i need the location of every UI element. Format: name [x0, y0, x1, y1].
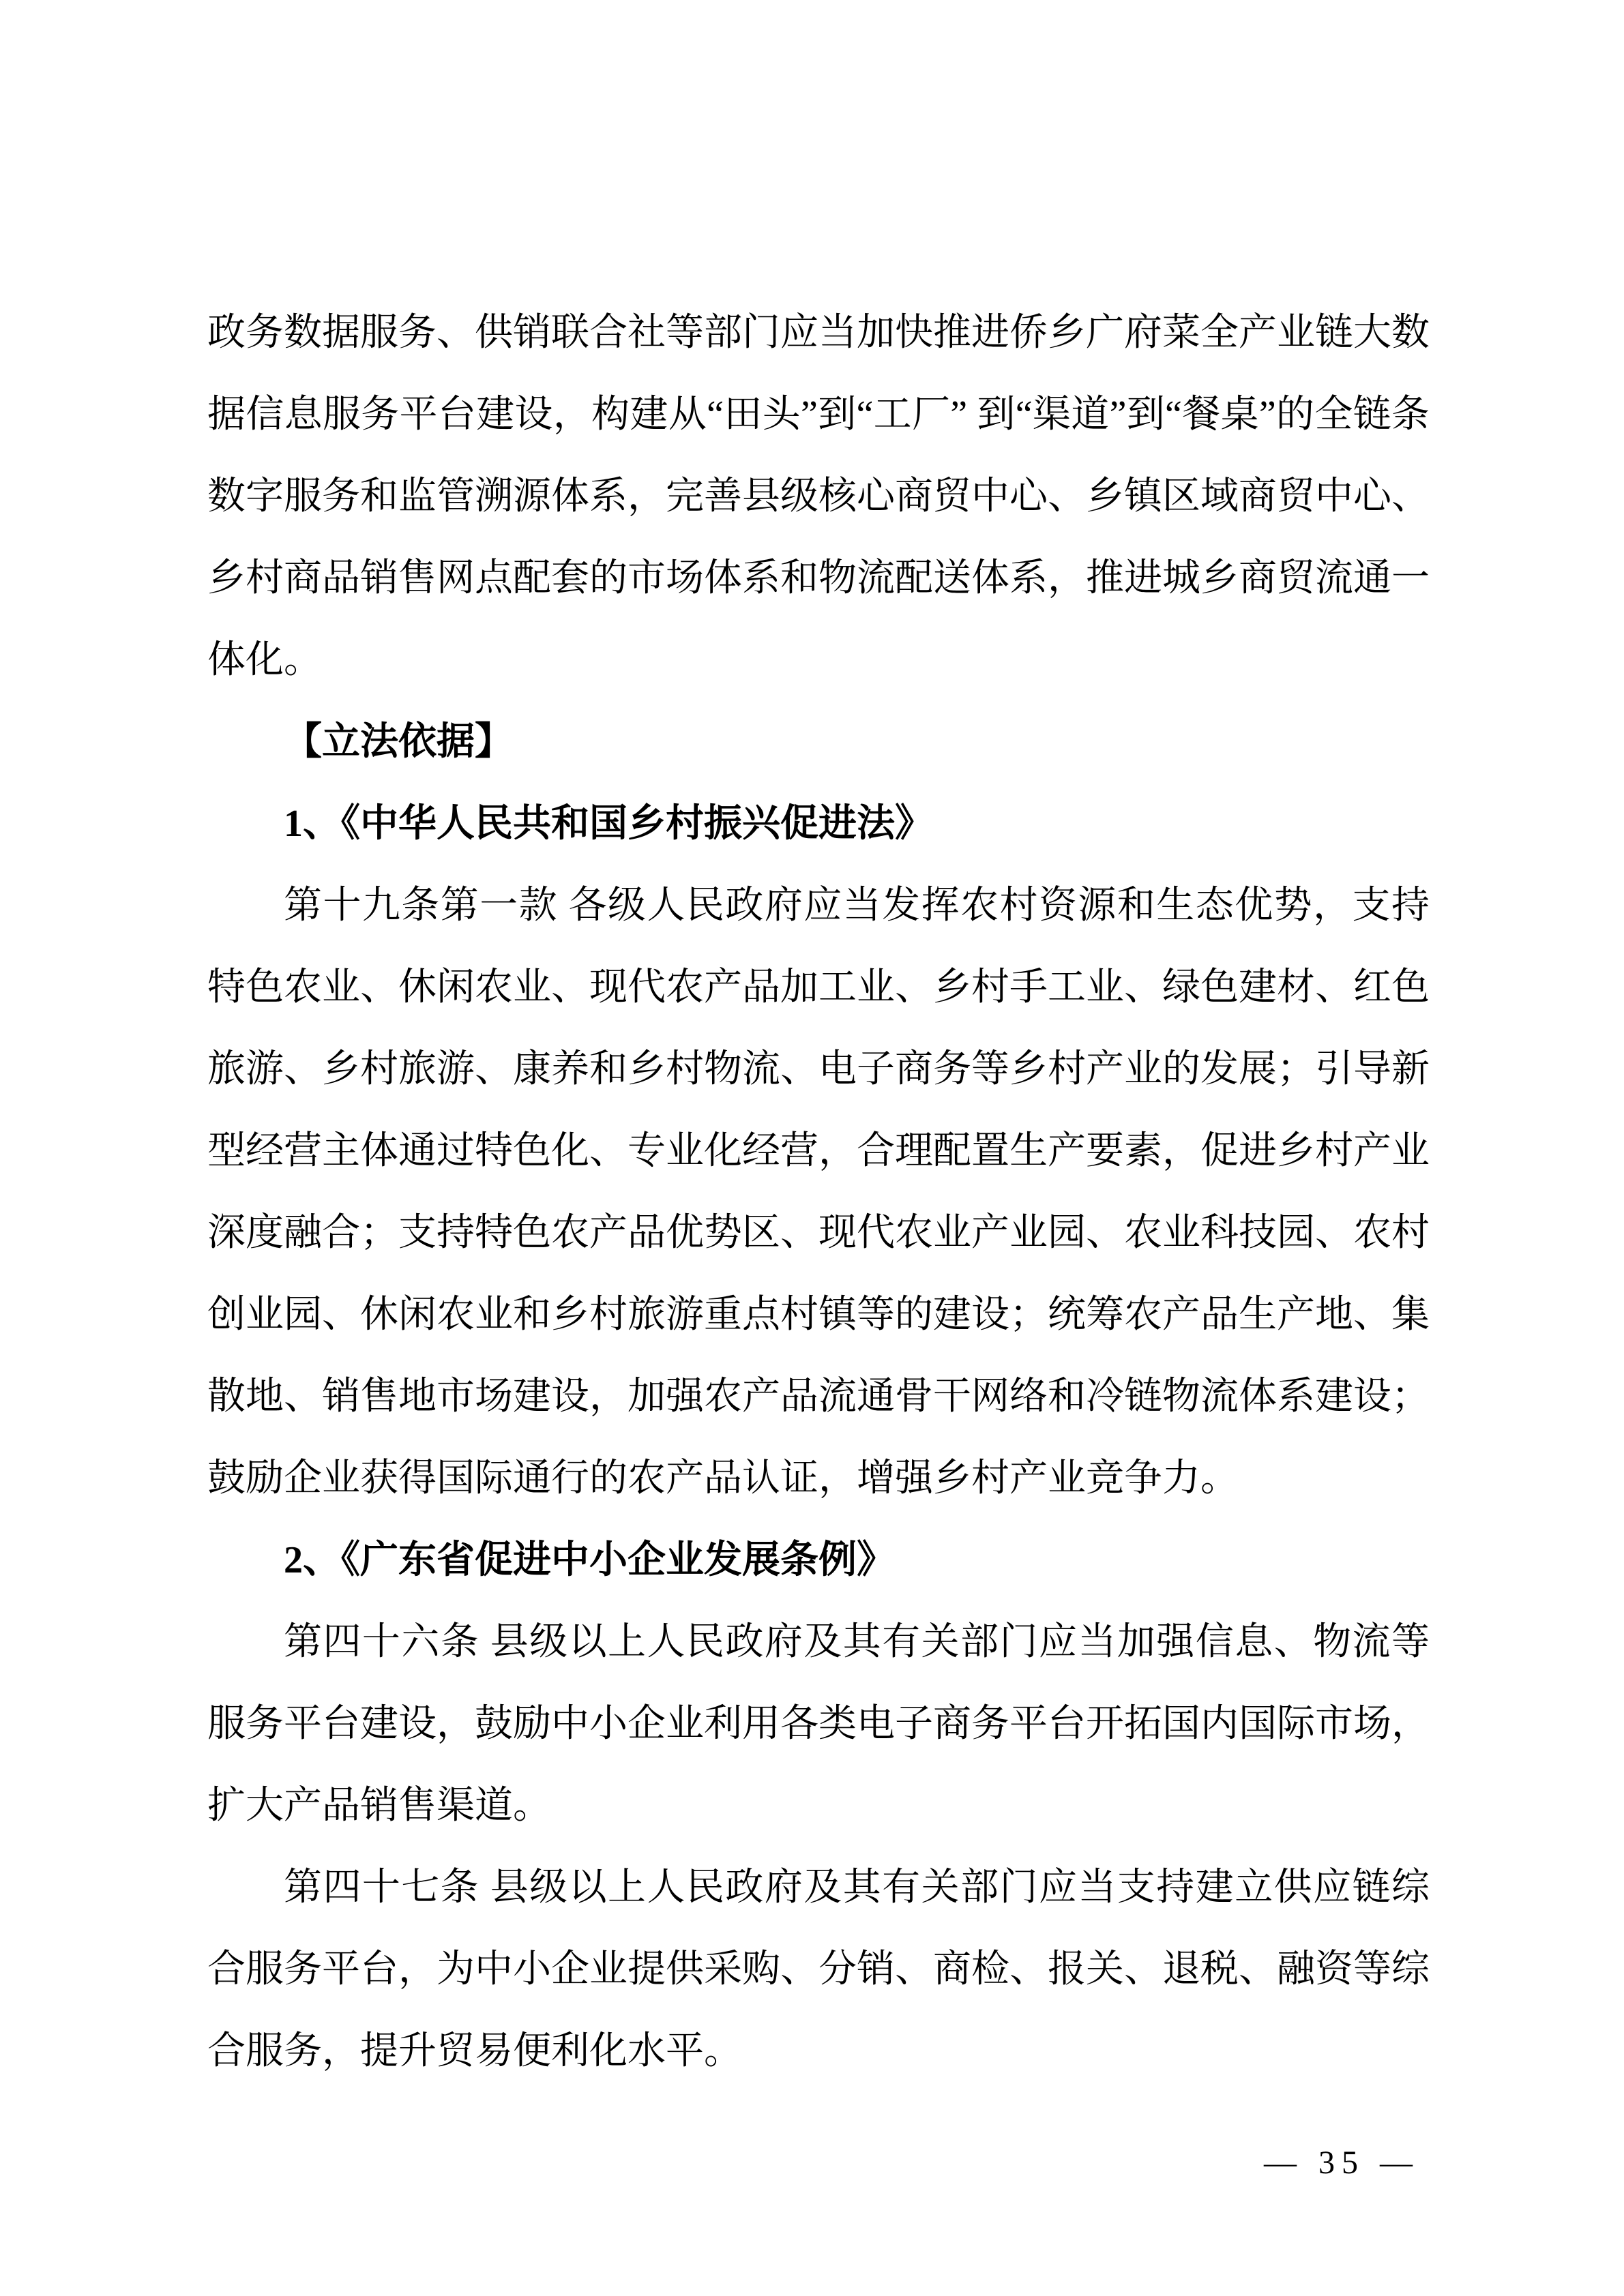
paragraph-article-19: 第十九条第一款 各级人民政府应当发挥农村资源和生态优势，支持特色农业、休闲农业、… — [207, 865, 1430, 1519]
paragraph-continuation: 政务数据服务、供销联合社等部门应当加快推进侨乡广府菜全产业链大数据信息服务平台建… — [207, 292, 1430, 701]
document-page: 政务数据服务、供销联合社等部门应当加快推进侨乡广府菜全产业链大数据信息服务平台建… — [0, 0, 1624, 2296]
heading-legislative-basis: 【立法依据】 — [207, 701, 1430, 783]
paragraph-article-46: 第四十六条 县级以上人民政府及其有关部门应当加强信息、物流等服务平台建设，鼓励中… — [207, 1601, 1430, 1847]
heading-law-2-title: 2、《广东省促进中小企业发展条例》 — [207, 1519, 1430, 1601]
heading-law-1-title: 1、《中华人民共和国乡村振兴促进法》 — [207, 783, 1430, 865]
page-number: — 35 — — [1264, 2143, 1419, 2183]
paragraph-article-47: 第四十七条 县级以上人民政府及其有关部门应当支持建立供应链综合服务平台，为中小企… — [207, 1847, 1430, 2092]
document-body: 政务数据服务、供销联合社等部门应当加快推进侨乡广府菜全产业链大数据信息服务平台建… — [207, 292, 1430, 2092]
